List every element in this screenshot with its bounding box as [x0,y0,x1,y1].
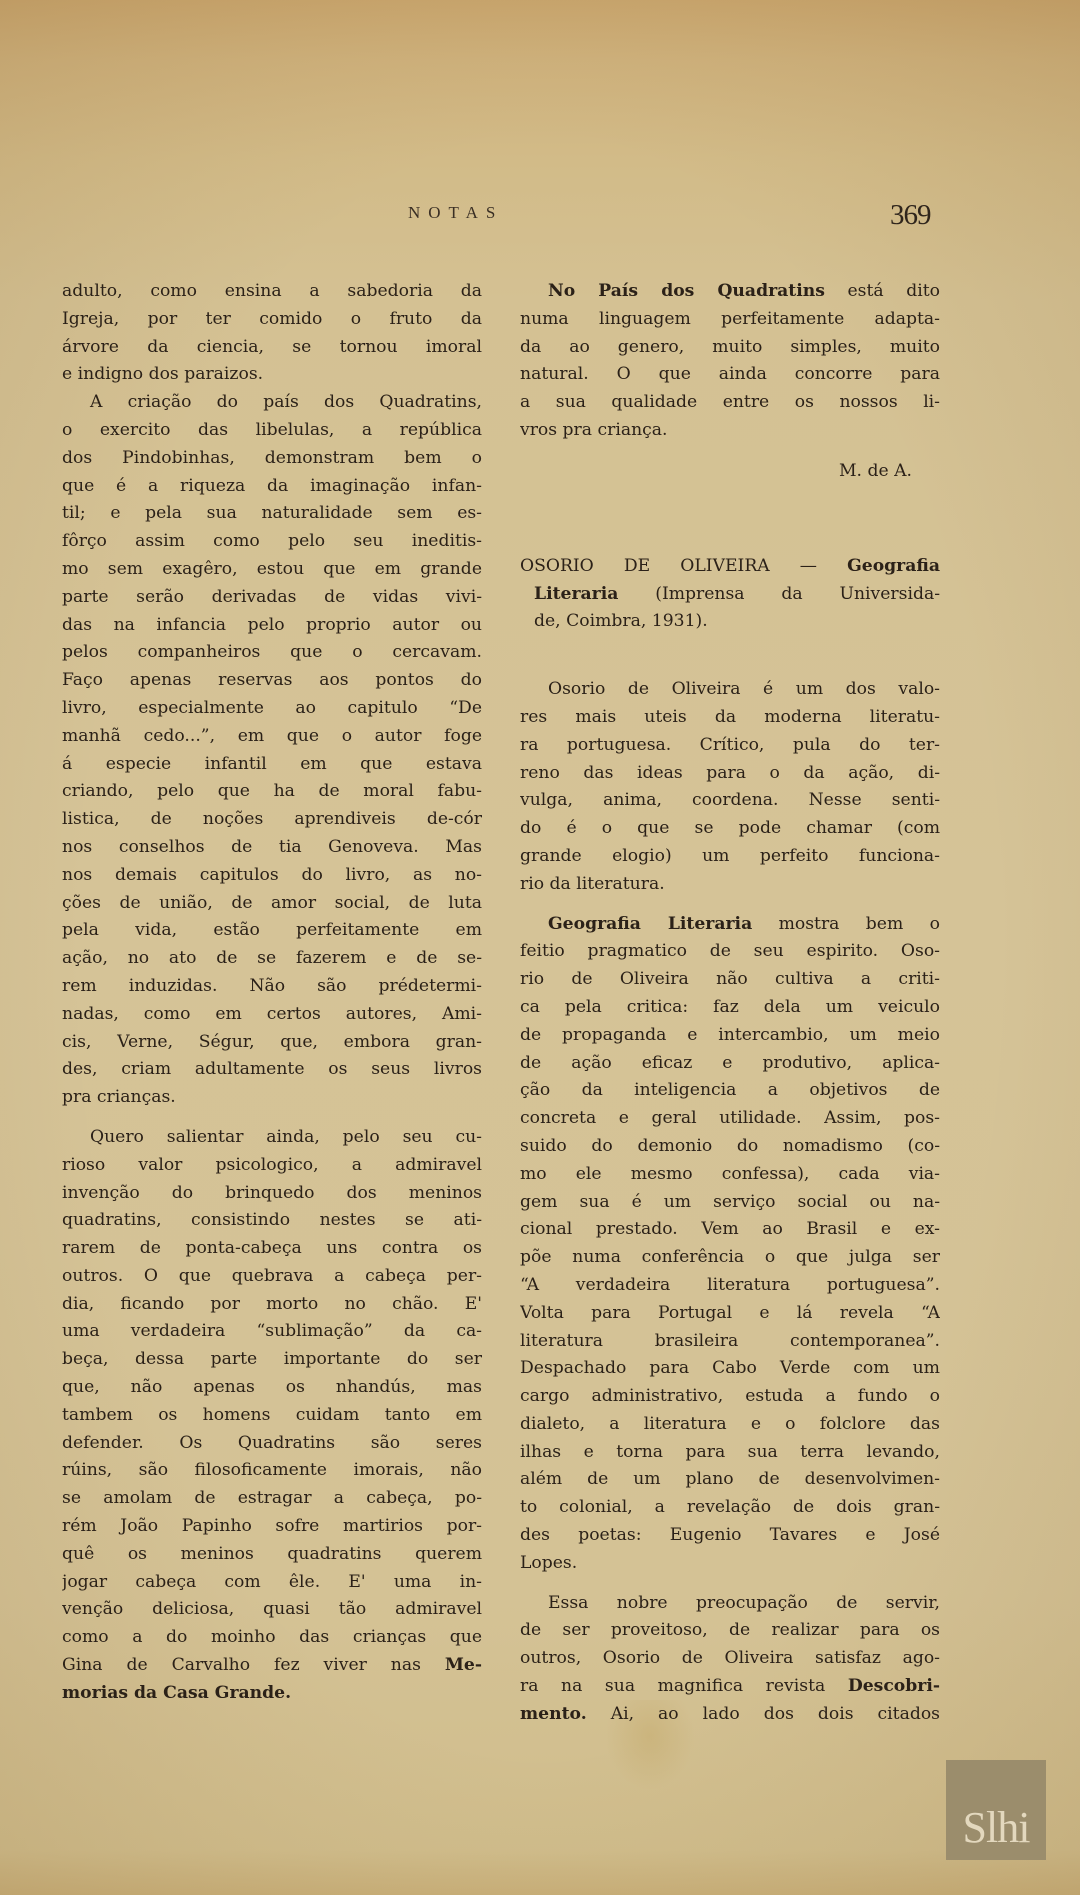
watermark-text: Slhi [963,1806,1030,1850]
text-line: de propaganda e intercambio, um meio [520,1022,940,1050]
text-line: fôrço assim como pelo seu ineditis- [62,528,482,556]
text-line: ções de união, de amor social, de luta [62,890,482,918]
book-title: No País dos Quadratins [548,281,825,301]
text-line: outros, Osorio de Oliveira satisfaz ago- [520,1645,940,1673]
text-line: reno das ideas para o da ação, di- [520,760,940,788]
text-line: gem sua é um serviço social ou na- [520,1189,940,1217]
text-line: árvore da ciencia, se tornou imoral [62,334,482,362]
text-line: parte serão derivadas de vidas vivi- [62,584,482,612]
text-line: quê os meninos quadratins querem [62,1541,482,1569]
text-line: morias da Casa Grande. [62,1680,482,1708]
text-line: rúins, são filosoficamente imorais, não [62,1457,482,1485]
text-line: concreta e geral utilidade. Assim, pos- [520,1105,940,1133]
text-fragment: Gina de Carvalho fez viver nas [62,1655,445,1675]
text-line: Igreja, por ter comido o fruto da [62,306,482,334]
text-line: da ao genero, muito simples, muito [520,334,940,362]
review-2-paragraph-1: Osorio de Oliveira é um dos valo- res ma… [520,676,940,898]
paragraph-gap [62,1112,482,1124]
paragraph-gap [520,1578,940,1590]
text-line: jogar cabeça com êle. E' uma in- [62,1569,482,1597]
book-title-fragment: Me- [445,1655,482,1675]
text-line: OSORIO DE OLIVEIRA — Geografia [520,553,940,581]
text-line: vros pra criança. [520,417,940,445]
text-line: á especie infantil em que estava [62,751,482,779]
magazine-title-fragment: mento. [520,1704,587,1724]
text-line: rio de Oliveira não cultiva a criti- [520,966,940,994]
text-line: adulto, como ensina a sabedoria da [62,278,482,306]
paragraph-gap [520,899,940,911]
text-line: a sua qualidade entre os nossos li- [520,389,940,417]
text-line: criando, pelo que ha de moral fabu- [62,778,482,806]
book-title-fragment: morias da Casa Grande. [62,1683,291,1703]
right-column: No País dos Quadratins está dito numa li… [520,278,940,1729]
text-line: rioso valor psicologico, a admiravel [62,1152,482,1180]
text-line: Quero salientar ainda, pelo seu cu- [62,1124,482,1152]
section-gap [520,485,940,553]
text-line: suido do demonio do nomadismo (co- [520,1133,940,1161]
text-line: cargo administrativo, estuda a fundo o [520,1383,940,1411]
text-line: quadratins, consistindo nestes se ati- [62,1207,482,1235]
text-line: invenção do brinquedo dos meninos [62,1180,482,1208]
text-fragment: mostra bem o [752,914,940,934]
text-line: que, não apenas os nhandús, mas [62,1374,482,1402]
text-line: feitio pragmatico de seu espirito. Oso- [520,938,940,966]
text-line: que é a riqueza da imaginação infan- [62,473,482,501]
text-line: Faço apenas reservas aos pontos do [62,667,482,695]
text-line: outros. O que quebrava a cabeça per- [62,1263,482,1291]
text-line: dia, ficando por morto no chão. E' [62,1291,482,1319]
section-gap [520,636,940,676]
text-line: ilhas e torna para sua terra levando, [520,1439,940,1467]
left-column: adulto, como ensina a sabedoria da Igrej… [62,278,482,1708]
text-line: mo sem exagêro, estou que em grande [62,556,482,584]
left-paragraph-3: Quero salientar ainda, pelo seu cu- rios… [62,1124,482,1708]
text-fragment: Ai, ao lado dos dois citados [587,1704,940,1724]
text-line: Volta para Portugal e lá revela “A [520,1300,940,1328]
text-line: de ser proveitoso, de realizar para os [520,1617,940,1645]
text-line: de, Coimbra, 1931). [520,608,940,636]
text-line: dos Pindobinhas, demonstram bem o [62,445,482,473]
book-title: Geografia Literaria [548,914,752,934]
magazine-title-fragment: Descobri- [848,1676,940,1696]
text-line: des poetas: Eugenio Tavares e José [520,1522,940,1550]
text-line: til; e pela sua naturalidade sem es- [62,500,482,528]
text-line: e indigno dos paraizos. [62,361,482,389]
text-line: Gina de Carvalho fez viver nas Me- [62,1652,482,1680]
text-line: nos conselhos de tia Genoveva. Mas [62,834,482,862]
text-line: livro, especialmente ao capitulo “De [62,695,482,723]
text-line: nos demais capitulos do livro, as no- [62,862,482,890]
text-line: natural. O que ainda concorre para [520,361,940,389]
text-line: Despachado para Cabo Verde com um [520,1355,940,1383]
text-line: Geografia Literaria mostra bem o [520,911,940,939]
text-line: Essa nobre preocupação de servir, [520,1590,940,1618]
text-line: ção da inteligencia a objetivos de [520,1077,940,1105]
text-line: Literaria (Imprensa da Universida- [520,581,940,609]
text-line: do é o que se pode chamar (com [520,815,940,843]
text-line: literatura brasileira contemporanea”. [520,1328,940,1356]
text-line: A criação do país dos Quadratins, [62,389,482,417]
text-line: grande elogio) um perfeito funciona- [520,843,940,871]
text-line: to colonial, a revelação de dois gran- [520,1494,940,1522]
text-line: Lopes. [520,1550,940,1578]
text-line: “A verdadeira literatura portuguesa”. [520,1272,940,1300]
text-line: rarem de ponta-cabeça uns contra os [62,1235,482,1263]
book-title-fragment: Geografia [847,556,940,576]
text-line: cional prestado. Vem ao Brasil e ex- [520,1216,940,1244]
left-paragraph-1: adulto, como ensina a sabedoria da Igrej… [62,278,482,389]
text-fragment: está dito [825,281,940,301]
text-line: de ação eficaz e produtivo, aplica- [520,1050,940,1078]
text-line: pelos companheiros que o cercavam. [62,639,482,667]
text-line: como a do moinho das crianças que [62,1624,482,1652]
slhi-watermark-logo: Slhi [946,1760,1046,1860]
review-2-paragraph-2: Geografia Literaria mostra bem o feitio … [520,911,940,1578]
text-line: rem induzidas. Não são prédetermi- [62,973,482,1001]
review-2-heading: OSORIO DE OLIVEIRA — Geografia Literaria… [520,553,940,636]
text-line: uma verdadeira “sublimação” da ca- [62,1318,482,1346]
text-line: rém João Papinho sofre martirios por- [62,1513,482,1541]
page-number: 369 [890,199,931,232]
text-line: das na infancia pelo proprio autor ou [62,612,482,640]
text-line: ra na sua magnifica revista Descobri- [520,1673,940,1701]
text-line: se amolam de estragar a cabeça, po- [62,1485,482,1513]
review-signature: M. de A. [520,457,940,485]
paragraph-gap [520,445,940,457]
text-line: defender. Os Quadratins são seres [62,1430,482,1458]
text-line: venção deliciosa, quasi tão admiravel [62,1596,482,1624]
text-line: numa linguagem perfeitamente adapta- [520,306,940,334]
text-line: o exercito das libelulas, a república [62,417,482,445]
text-line: rio da literatura. [520,871,940,899]
text-line: ra portuguesa. Crítico, pula do ter- [520,732,940,760]
text-line: além de um plano de desenvolvimen- [520,1466,940,1494]
text-line: res mais uteis da moderna literatu- [520,704,940,732]
review-1-conclusion: No País dos Quadratins está dito numa li… [520,278,940,445]
text-line: mo ele mesmo confessa), cada via- [520,1161,940,1189]
text-line: mento. Ai, ao lado dos dois citados [520,1701,940,1729]
text-line: pela vida, estão perfeitamente em [62,917,482,945]
text-line: põe numa conferência o que julga ser [520,1244,940,1272]
text-line: beça, dessa parte importante do ser [62,1346,482,1374]
text-line: tambem os homens cuidam tanto em [62,1402,482,1430]
text-line: vulga, anima, coordena. Nesse senti- [520,787,940,815]
left-paragraph-2: A criação do país dos Quadratins, o exer… [62,389,482,1112]
review-2-paragraph-3: Essa nobre preocupação de servir, de ser… [520,1590,940,1729]
text-line: listica, de noções aprendiveis de-cór [62,806,482,834]
book-title-fragment: Literaria [534,584,618,604]
text-line: dialeto, a literatura e o folclore das [520,1411,940,1439]
text-line: ação, no ato de se fazerem e de se- [62,945,482,973]
text-fragment: ra na sua magnifica revista [520,1676,848,1696]
text-line: No País dos Quadratins está dito [520,278,940,306]
text-line: ca pela critica: faz dela um veiculo [520,994,940,1022]
running-head: NOTAS [408,203,503,223]
text-line: des, criam adultamente os seus livros [62,1056,482,1084]
review-author: OSORIO DE OLIVEIRA — [520,556,847,576]
text-line: pra crianças. [62,1084,482,1112]
publication-info: (Imprensa da Universida- [618,584,940,604]
text-line: manhã cedo...”, em que o autor foge [62,723,482,751]
text-line: nadas, como em certos autores, Ami- [62,1001,482,1029]
text-line: cis, Verne, Ségur, que, embora gran- [62,1029,482,1057]
text-line: Osorio de Oliveira é um dos valo- [520,676,940,704]
